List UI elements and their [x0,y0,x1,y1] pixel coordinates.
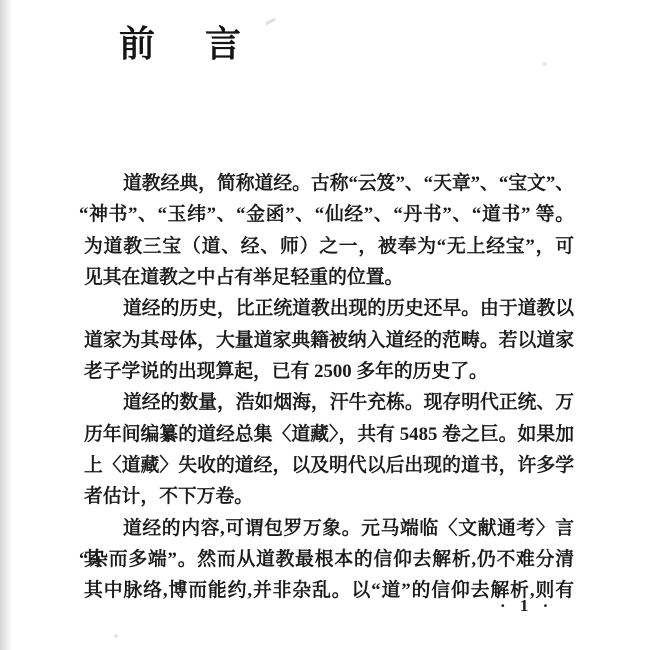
text-line: 上〈道藏〉失收的道经，以及明代以后出现的道书，许多学 [84,450,574,481]
page-number: · 1 · [500,596,553,616]
text-line: 道经的内容,可谓包罗万象。元马端临〈文献通考〉言其 [84,513,574,544]
body-text: 道教经典，简称道经。古称“云笈”、“天章”、“宝文”、 “神书”、“玉纬”、“金… [84,168,574,607]
scan-gutter-shadow [0,0,12,650]
text-line: 历年间编纂的道经总集〈道藏〉，共有 5485 卷之巨。如果加 [84,419,574,450]
text-line: 道经的数量，浩如烟海，汗牛充栋。现存明代正统、万 [84,387,574,418]
scan-smudge [265,18,276,26]
text-line: 道经的历史，比正统道教出现的历史还早。由于道教以 [84,293,574,324]
text-line: “神书”、“玉纬”、“金函”、“仙经”、“丹书”、“道书” 等。 [79,199,574,230]
text-line: 见其在道教之中占有举足轻重的位置。 [84,262,574,293]
text-line: 者估计，不下万卷。 [84,481,574,512]
text-line: 道教经典，简称道经。古称“云笈”、“天章”、“宝文”、 [84,168,574,199]
scan-smudge [114,634,118,638]
scanned-book-page: 前 言 道教经典，简称道经。古称“云笈”、“天章”、“宝文”、 “神书”、“玉纬… [0,0,650,650]
scan-smudge [542,62,547,66]
text-line: 为道教三宝（道、经、师）之一，被奉为“无上经宝”，可 [84,231,574,262]
text-line: “杂而多端”。然而从道教最根本的信仰去解析,仍不难分清 [79,544,574,575]
page-title: 前 言 [119,16,248,67]
text-line: 老子学说的出现算起，已有 2500 多年的历史了。 [84,356,574,387]
text-line: 道家为其母体，大量道家典籍被纳入道经的范畴。若以道家 [84,325,574,356]
